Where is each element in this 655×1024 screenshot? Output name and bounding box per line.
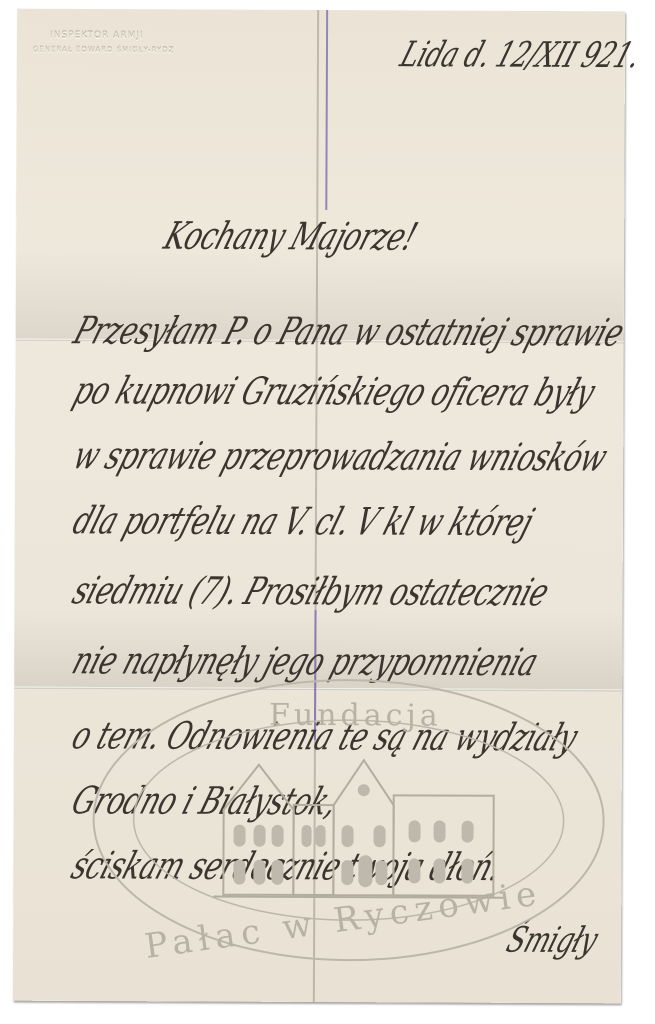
body-line-3: w sprawie przeprowadzania wniosków (68, 433, 613, 480)
letterhead-title: INSPEKTOR ARMJI (50, 31, 233, 42)
body-line-4: dla portfelu na V. cl. V kl w której (68, 498, 539, 544)
letterhead-name: GENERAŁ EDWARD ŚMIGŁY-RYDZ (33, 46, 233, 55)
date-line: Lida d. 12/XII 921. (395, 35, 645, 76)
signature: Śmigły (501, 921, 602, 962)
body-line-8: Grodno i Białystok, (66, 778, 343, 824)
embossed-letterhead: INSPEKTOR ARMJI GENERAŁ EDWARD ŚMIGŁY-RY… (33, 31, 233, 55)
body-line-7: o tem. Odnowienia te są na wydziały (67, 713, 583, 760)
letter-paper: INSPEKTOR ARMJI GENERAŁ EDWARD ŚMIGŁY-RY… (13, 9, 625, 1004)
body-line-1: Przesyłam P. o Pana w ostatniej sprawie (68, 308, 629, 355)
body-line-2: po kupnowi Gruzińskiego oficera były (68, 368, 600, 415)
body-line-6: nie napłynęły jego przypomnienia (67, 638, 543, 685)
body-line-9: ściskam serdecznie twoja dłoń. (66, 843, 507, 889)
body-line-5: siedmiu (7). Prosiłbym ostatecznie (67, 568, 554, 615)
purple-pencil-line-top (325, 10, 328, 210)
salutation: Kochany Majorze! (159, 214, 423, 260)
